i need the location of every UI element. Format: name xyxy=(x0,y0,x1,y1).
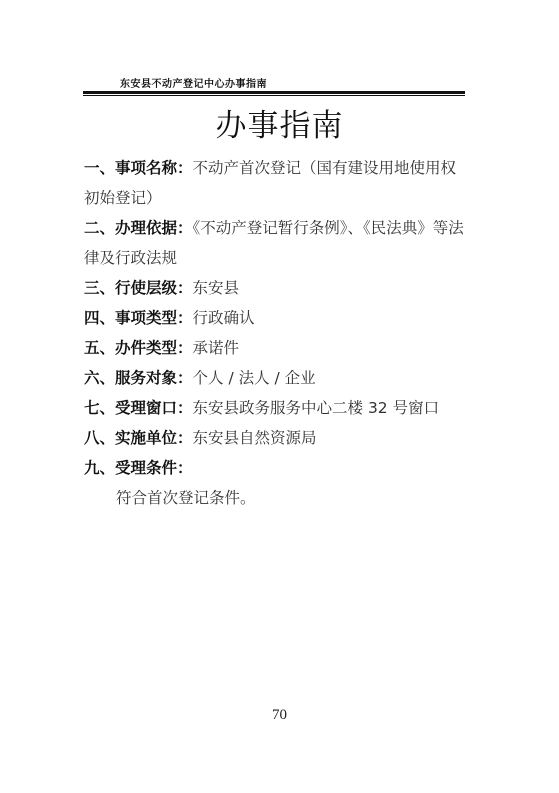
item-value: 承诺件 xyxy=(193,339,240,357)
item-label: 五、办件类型： xyxy=(84,339,193,357)
conditions-text: 符合首次登记条件。 xyxy=(84,483,470,513)
item-level: 三、行使层级：东安县 xyxy=(84,273,470,303)
item-label: 七、受理窗口： xyxy=(84,399,193,417)
item-label: 四、事项类型： xyxy=(84,309,193,327)
item-agency: 八、实施单位：东安县自然资源局 xyxy=(84,423,470,453)
page-number: 70 xyxy=(0,707,559,724)
item-value: 东安县政务服务中心二楼 32 号窗口 xyxy=(193,399,440,417)
item-name: 一、事项名称：不动产首次登记（国有建设用地使用权初始登记） xyxy=(84,153,470,213)
item-type: 四、事项类型：行政确认 xyxy=(84,303,470,333)
item-label: 六、服务对象： xyxy=(84,369,193,387)
guide-content: 一、事项名称：不动产首次登记（国有建设用地使用权初始登记） 二、办理依据：《不动… xyxy=(84,153,470,513)
header-rule xyxy=(83,91,465,96)
item-basis: 二、办理依据：《不动产登记暂行条例》、《民法典》等法律及行政法规 xyxy=(84,213,470,273)
page-title: 办事指南 xyxy=(0,100,559,145)
item-case-type: 五、办件类型：承诺件 xyxy=(84,333,470,363)
item-value: 东安县 xyxy=(193,279,240,297)
item-label: 九、受理条件： xyxy=(84,459,193,477)
item-value: 东安县自然资源局 xyxy=(193,429,317,447)
item-conditions: 九、受理条件： xyxy=(84,453,470,483)
header-rule-thick xyxy=(83,91,465,94)
item-label: 一、事项名称： xyxy=(84,159,193,177)
running-header: 东安县不动产登记中心办事指南 xyxy=(120,75,267,90)
header-rule-thin xyxy=(83,95,465,96)
item-value: 个人 / 法人 / 企业 xyxy=(193,369,316,387)
item-value: 行政确认 xyxy=(193,309,255,327)
item-label: 三、行使层级： xyxy=(84,279,193,297)
item-service-target: 六、服务对象：个人 / 法人 / 企业 xyxy=(84,363,470,393)
item-window: 七、受理窗口：东安县政务服务中心二楼 32 号窗口 xyxy=(84,393,470,423)
item-label: 二、办理依据： xyxy=(84,219,193,237)
item-label: 八、实施单位： xyxy=(84,429,193,447)
